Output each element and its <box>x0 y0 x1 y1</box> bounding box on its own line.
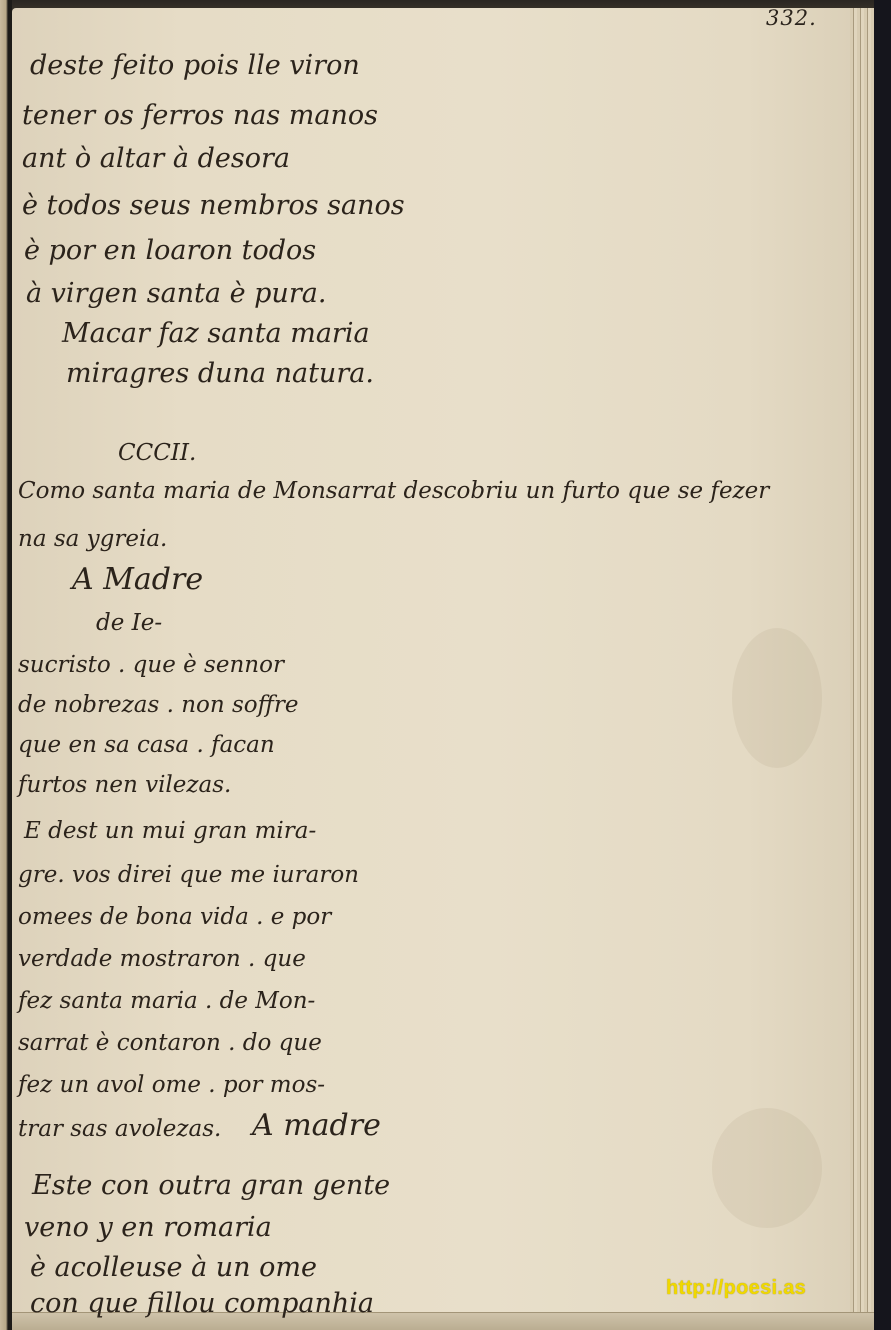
body-line: furtos nen vilezas. <box>18 772 231 798</box>
body-line: fez santa maria . de Mon- <box>18 988 315 1014</box>
verse-line: ant ò altar à desora <box>22 143 290 174</box>
cantiga-title: na sa ygreia. <box>18 526 167 552</box>
cantiga-title: Como santa maria de Monsarrat descobriu … <box>18 478 769 504</box>
verse-line: tener os ferros nas manos <box>22 100 378 131</box>
refrain-repeat: A madre <box>252 1108 381 1143</box>
paper-stain <box>732 628 822 768</box>
folio-number: 332. <box>766 6 817 30</box>
refrain-line: miragres duna natura. <box>66 358 374 389</box>
body-line: de nobrezas . non soffre <box>18 692 299 718</box>
body-line: verdade mostraron . que <box>18 946 306 972</box>
body-line: sucristo . que è sennor <box>18 652 284 678</box>
body-line: fez un avol ome . por mos- <box>18 1072 325 1098</box>
body-line: gre. vos direi que me iuraron <box>18 862 359 888</box>
book-gutter <box>0 0 12 1330</box>
verse-line: è acolleuse à un ome <box>30 1252 317 1283</box>
body-line: que en sa casa . facan <box>18 732 275 758</box>
cantiga-number: CCCII. <box>118 440 196 466</box>
refrain-line: Macar faz santa maria <box>62 318 370 349</box>
background-dark <box>874 0 891 1330</box>
verse-line: è por en loaron todos <box>24 235 316 266</box>
paper-stain <box>712 1108 822 1228</box>
refrain-start: de Ie- <box>96 610 162 636</box>
verse-line: deste feito pois lle viron <box>30 50 360 81</box>
verse-line: veno y en romaria <box>24 1212 272 1243</box>
verse-line: è todos seus nembros sanos <box>22 190 405 221</box>
manuscript-scan: 332. deste feito pois lle viron tener os… <box>0 0 891 1330</box>
verse-line: con que fillou companhia <box>30 1288 374 1319</box>
watermark-link: http://poesi.as <box>666 1277 806 1300</box>
body-line: trar sas avolezas. <box>18 1116 221 1142</box>
body-line: omees de bona vida . e por <box>18 904 331 930</box>
refrain-start: A Madre <box>72 562 203 597</box>
body-line: E dest un mui gran mira- <box>24 818 316 844</box>
verse-line: à virgen santa è pura. <box>26 278 326 309</box>
verse-line: Este con outra gran gente <box>32 1170 390 1201</box>
body-line: sarrat è contaron . do que <box>18 1030 322 1056</box>
